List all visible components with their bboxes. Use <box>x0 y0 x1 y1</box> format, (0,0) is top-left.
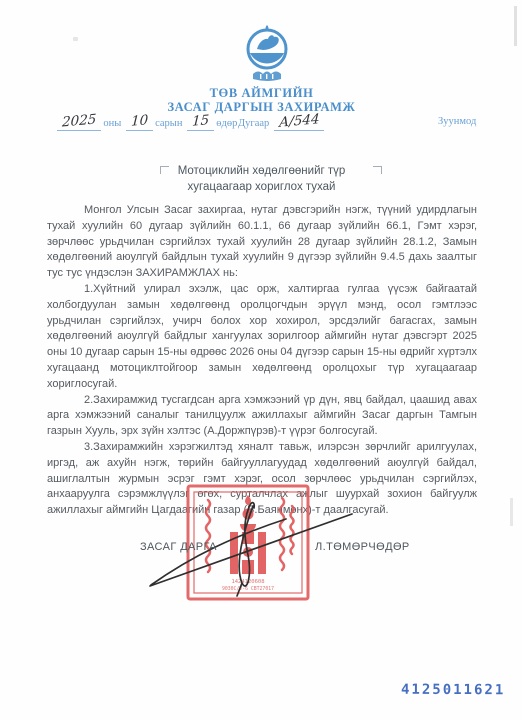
scan-artifact <box>73 37 78 41</box>
signer-name: Л.ТӨМӨРЧӨДӨР <box>315 541 410 553</box>
date-group: 2025оны 10сарын 15өдөр <box>55 114 237 131</box>
month-field: 10 <box>126 114 153 131</box>
day-label: өдөр <box>216 118 237 129</box>
clause-1: 1.Хүйтний улирал эхэлж, цас орж, халтирг… <box>47 282 477 393</box>
decree-title: Мотоциклийн хөдөлгөөнийг түр хугацаагаар… <box>0 163 523 195</box>
day-handwritten-value: 15 <box>192 112 210 130</box>
preamble-paragraph: Монгол Улсын Засаг захиргаа, нутаг дэвсг… <box>47 203 477 282</box>
year-handwritten-value: 2025 <box>62 111 97 130</box>
signer-position-title: ЗАСАГ ДАРГА <box>140 541 217 553</box>
org-name-line1: ТӨВ АЙМГИЙН <box>0 86 523 100</box>
decree-title-line1: Мотоциклийн хөдөлгөөнийг түр <box>0 163 523 179</box>
decree-number-group: Дугаар А/544 <box>238 114 326 131</box>
decree-body: Монгол Улсын Засаг захиргаа, нутаг дэвсг… <box>47 203 477 519</box>
number-label: Дугаар <box>238 118 269 129</box>
place-name: Зуунмод <box>438 116 476 127</box>
registration-number-stamp: 4125011621 <box>401 682 505 699</box>
scan-edge-artifact <box>510 498 513 526</box>
year-field: 2025 <box>57 114 101 131</box>
scan-edge-artifact <box>514 6 517 46</box>
clause-2: 2.Захирамжид тусгагдсан арга хэмжээний ү… <box>47 393 477 440</box>
month-label: сарын <box>155 118 182 129</box>
decree-document-page: ТӨВ АЙМГИЙН ЗАСАГ ДАРГЫН ЗАХИРАМЖ 2025он… <box>0 0 523 720</box>
decree-title-line2: хугацаагаар хориглох тухай <box>0 179 523 195</box>
month-handwritten-value: 10 <box>131 112 149 130</box>
meta-line: 2025оны 10сарын 15өдөр Дугаар А/544 Зуун… <box>0 110 523 136</box>
tov-province-emblem-icon <box>237 22 297 86</box>
year-label: оны <box>103 118 121 129</box>
day-field: 15 <box>187 114 214 131</box>
number-handwritten-value: А/544 <box>279 111 320 131</box>
number-field: А/544 <box>274 114 325 131</box>
